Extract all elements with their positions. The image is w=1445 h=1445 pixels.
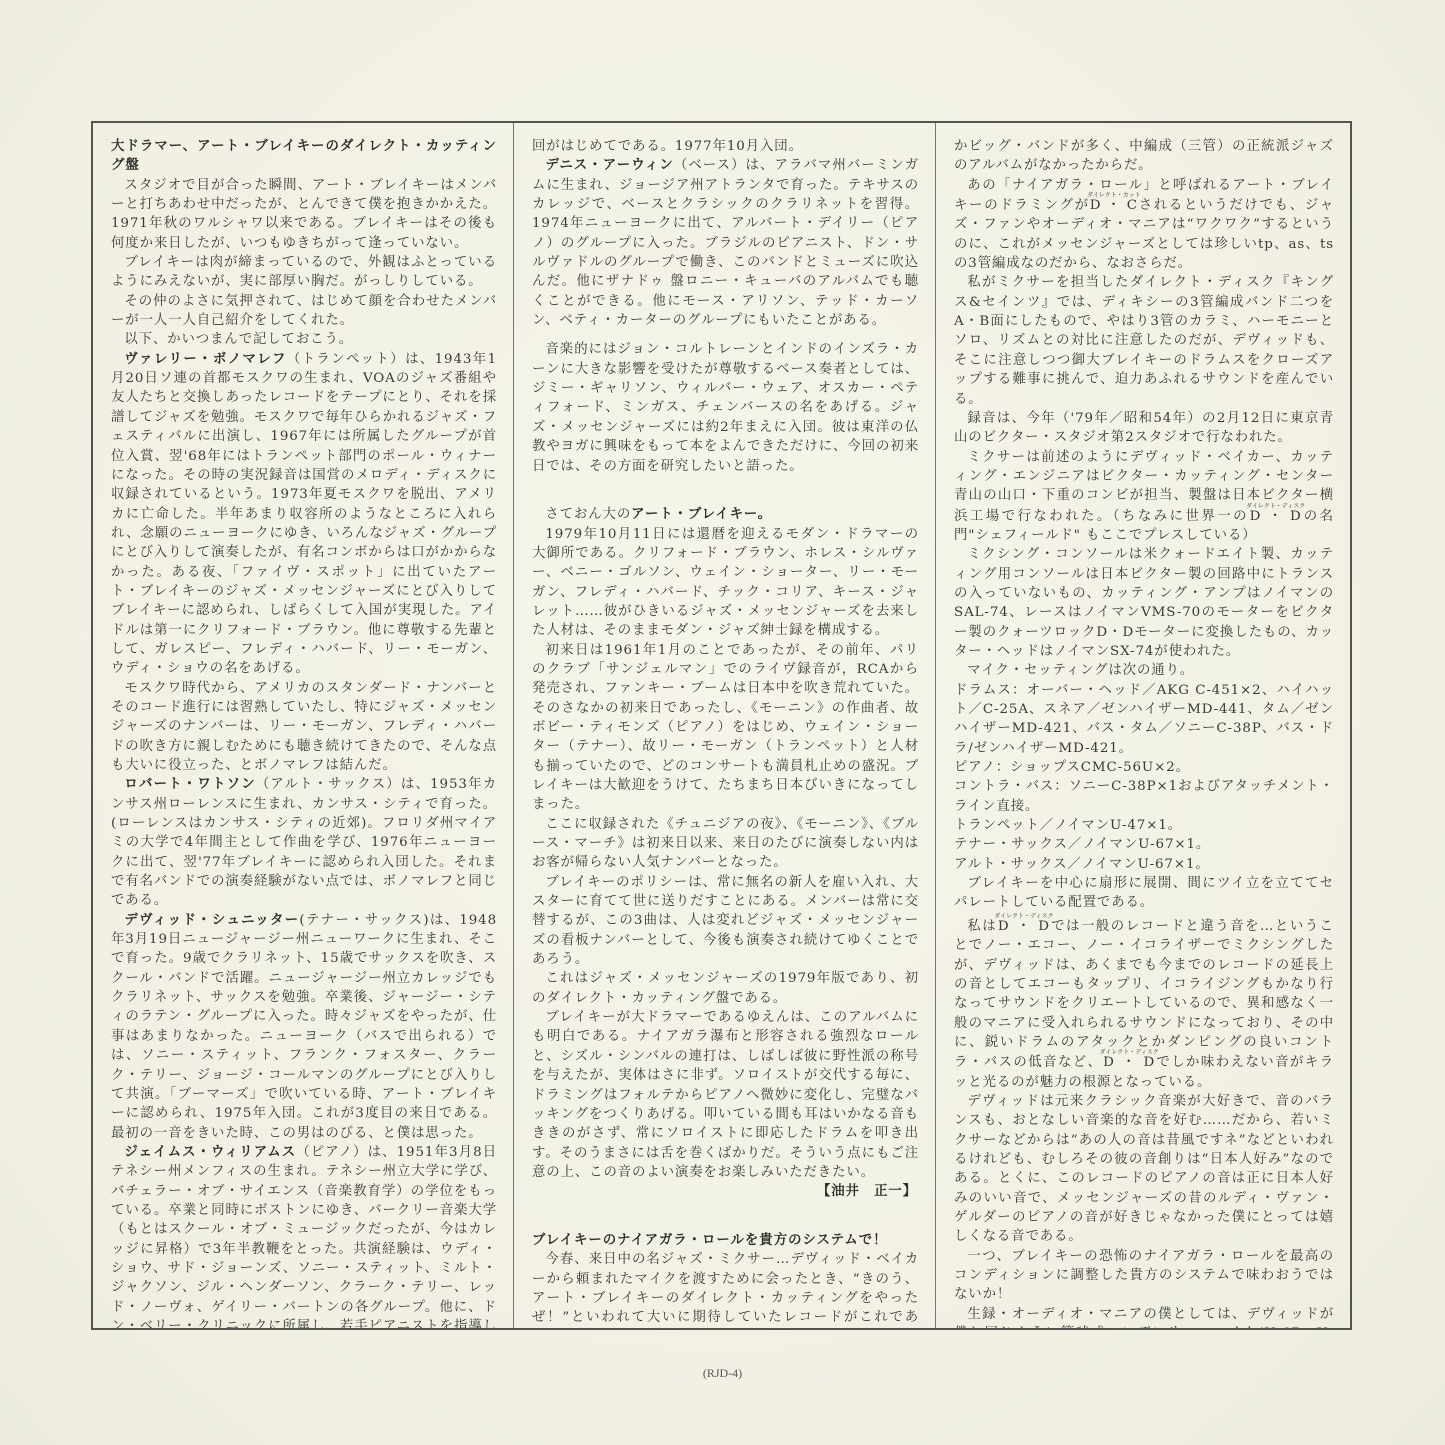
paragraph: 初来日は1961年1月のことであったが、その前年、パリのクラブ「サンジェルマン」… (532, 641, 919, 815)
paragraph: 今春、来日中の名ジャズ・ミクサー…デヴィッド・ベイカーから頼まれたマイクを渡すた… (532, 1250, 919, 1328)
paragraph: 1979年10月11日には還暦を迎えるモダン・ドラマーの大御所である。クリフォー… (532, 525, 919, 641)
column-2: 回がはじめてである。1977年10月入団。デニス・アーウィン（ベース）は、アラバ… (514, 123, 936, 1328)
column-1: 大ドラマー、アート・ブレイキーのダイレクト・カッティング盤 スタジオで目が合った… (93, 123, 514, 1328)
text-frame: 大ドラマー、アート・ブレイキーのダイレクト・カッティング盤 スタジオで目が合った… (91, 121, 1352, 1330)
paragraph: ブレイキーのポリシーは、常に無名の新人を雇い入れ、大スターに育てて世に送りだすこ… (532, 873, 919, 970)
ruby-annotation: D・Dダイレクト・ディスク (1103, 1055, 1156, 1070)
mic-setting-item: トランペット／ノイマンU-47×1。 (954, 816, 1334, 835)
paragraph: 音楽的にはジョン・コルトレーンとインドのインズラ・カーンに大きな影響を受けたが尊… (532, 340, 919, 475)
member-name: アート・ブレイキー。 (631, 507, 772, 522)
paragraph: ブレイキーが大ドラマーであるゆえんは、このアルバムにも明白である。ナイアガラ瀑布… (532, 1008, 919, 1182)
spacer (532, 1202, 919, 1221)
member-bio-schnitter: デヴィッド・シュニッター(テナー・サックス)は、1948年3月19日ニュージャー… (111, 911, 497, 1143)
paragraph: 私はD・Dダイレクト・ディスクでは一般のレコードと違う音を…ということでノー・エ… (954, 913, 1334, 1092)
record-insert-sheet: 大ドラマー、アート・ブレイキーのダイレクト・カッティング盤 スタジオで目が合った… (0, 0, 1445, 1445)
paragraph: ブレイキーは肉が締まっているので、外観はふとっているようにみえないが、実に部厚い… (111, 253, 497, 292)
member-bio-irwin: デニス・アーウィン（ベース）は、アラバマ州バーミンガムに生まれ、ジョージア州アト… (532, 156, 919, 330)
paragraph: モスクワ時代から、アメリカのスタンダード・ナンバーとそのコード進行には習熟してい… (111, 679, 497, 776)
paragraph: 生録・オーディオ・マニアの僕としては、デヴィッドが僕と同じように管球式コンデンサ… (954, 1305, 1334, 1328)
member-bio-bonomarev: ヴァレリー・ボノマレフ（トランペット）は、1943年1月20日ソ連の首都モスクワ… (111, 350, 497, 679)
paragraph: その仲のよさに気押されて、はじめて顔を合わせたメンバーが一人一人自己紹介をしてく… (111, 292, 497, 331)
member-bio-watson: ロバート・ワトソン（アルト・サックス）は、1953年カンサス州ローレンスに生まれ… (111, 775, 497, 910)
member-name: デニス・アーウィン (545, 158, 673, 173)
blakey-intro: さておん大のアート・ブレイキー。 (532, 505, 919, 524)
paragraph: ここに収録された《チュニジアの夜》、《モーニン》、《ブルース・マーチ》は初来日以… (532, 815, 919, 873)
author-signature: 【油井 正一】 (532, 1182, 919, 1201)
paragraph: マイク・セッティングは次の通り。 (954, 661, 1334, 680)
paragraph: デヴィッドは元来クラシック音楽が大好きで、音のバランスも、おとなしい音楽的な音を… (954, 1092, 1334, 1247)
mic-setting-item: ドラムス：オーバー・ヘッド／AKG C-451×2、ハイハット／C-25A、スネ… (954, 681, 1334, 758)
catalog-number: (RJD-4) (0, 1366, 1445, 1381)
paragraph: 以下、かいつまんで記しておこう。 (111, 330, 497, 349)
paragraph: 私がミクサーを担当したダイレクト・ディスク『キングス&セインツ』では、ディキシー… (954, 273, 1334, 408)
spacer (532, 495, 919, 505)
paragraph: ブレイキーを中心に扇形に展開、間にツイ立を立ててセパレートしている配置である。 (954, 874, 1334, 913)
mic-setting-item: ピアノ：ショップスCMC-56U×2。 (954, 758, 1334, 777)
paragraph: スタジオで目が合った瞬間、アート・ブレイキーはメンバーと打ちあわせ中だったが、と… (111, 176, 497, 253)
ruby-annotation: D・Cダイレクト・カット (1090, 198, 1138, 213)
paragraph-continued: かビッグ・バンドが多く、中編成（三管）の正統派ジャズのアルバムがなかったからだ。 (954, 137, 1334, 176)
spacer (532, 476, 919, 495)
paragraph: ミクサーは前述のようにデヴィッド・ベイカー、カッティング・エンジニアはビクター・… (954, 448, 1334, 546)
paragraph: ミクシング・コンソールは米クォードエイト製、カッティング用コンソールは日本ビクタ… (954, 545, 1334, 661)
member-name: ヴァレリー・ボノマレフ (124, 352, 286, 367)
spacer (532, 330, 919, 340)
member-bio-williams: ジェイムス・ウィリアムス（ピアノ）は、1951年3月8日テネシー州メンフィスの生… (111, 1143, 497, 1328)
ruby-annotation: D・Dダイレクト・ディスク (997, 919, 1050, 934)
article1-title: 大ドラマー、アート・ブレイキーのダイレクト・カッティング盤 (111, 137, 497, 176)
paragraph: 一つ、ブレイキーの恐怖のナイアガラ・ロールを最高のコンディションに調整した貴方の… (954, 1247, 1334, 1305)
paragraph: これはジャズ・メッセンジャーズの1979年版であり、初のダイレクト・カッティング… (532, 969, 919, 1008)
mic-setting-item: アルト・サックス／ノイマンU-67×1。 (954, 855, 1334, 874)
member-name: ロバート・ワトソン (124, 777, 255, 792)
member-name: ジェイムス・ウィリアムス (124, 1145, 296, 1160)
member-bio-williams-tail: 回がはじめてである。1977年10月入団。 (532, 137, 919, 156)
mic-setting-item: コントラ・バス：ソニーC-38P×1およびアタッチメント・ライン直接。 (954, 777, 1334, 816)
article2-title: ブレイキーのナイアガラ・ロールを貴方のシステムで！ (532, 1231, 919, 1250)
paragraph: あの「ナイアガラ・ロール」と呼ばれるアート・ブレイキーのドラミングがD・Cダイレ… (954, 176, 1334, 274)
member-name: デヴィッド・シュニッター (124, 913, 299, 928)
mic-setting-item: テナー・サックス／ノイマンU-67×1。 (954, 835, 1334, 854)
spacer (532, 1221, 919, 1231)
column-3: かビッグ・バンドが多く、中編成（三管）の正統派ジャズのアルバムがなかったからだ。… (936, 123, 1350, 1328)
ruby-annotation: D・Dダイレクト・ディスク (1249, 509, 1302, 524)
paragraph: 録音は、今年（'79年／昭和54年）の2月12日に東京青山のビクター・スタジオ第… (954, 409, 1334, 448)
